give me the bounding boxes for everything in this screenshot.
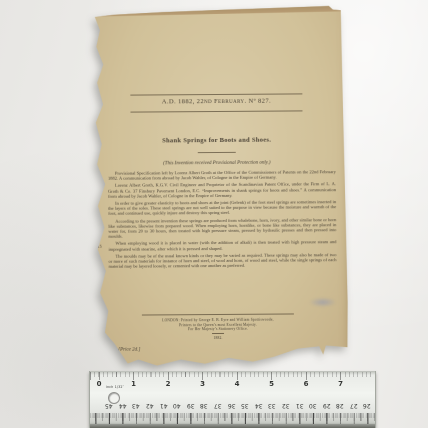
cm-number: 37 bbox=[211, 402, 225, 409]
imprint-dash bbox=[212, 333, 224, 334]
paragraph: Lorenz Albert Groth, K.G.V. Civil Engine… bbox=[108, 182, 336, 199]
ruler-unit-label: inch 1/32″ bbox=[106, 385, 124, 389]
paragraph: The moulds may be of the usual known kin… bbox=[108, 252, 336, 269]
inch-number: 2 bbox=[151, 380, 186, 388]
inch-number: 4 bbox=[220, 380, 255, 388]
imprint-line-3: For Her Majesty’s Stationery Office. bbox=[85, 326, 351, 332]
paragraph: In order to give greater elasticity to b… bbox=[108, 199, 336, 216]
inch-number: 6 bbox=[289, 380, 324, 388]
ruler-bottom-edge bbox=[90, 424, 375, 428]
cm-number: 34 bbox=[252, 402, 266, 409]
inch-number: 3 bbox=[185, 380, 220, 388]
paragraph: Provisional Specification left by Lorenz… bbox=[108, 169, 336, 181]
line-number: 15 bbox=[97, 244, 101, 249]
body-paragraphs: Provisional Specification left by Lorenz… bbox=[108, 169, 337, 271]
cm-number: 27 bbox=[347, 402, 361, 409]
title-rule bbox=[198, 152, 236, 153]
protection-note: (This Invention received Provisional Pro… bbox=[84, 160, 350, 167]
cm-number: 36 bbox=[225, 402, 239, 409]
line-number: 5 bbox=[97, 193, 99, 198]
cm-number: 30 bbox=[306, 402, 320, 409]
cm-number: 38 bbox=[197, 402, 211, 409]
cm-number: 44 bbox=[116, 402, 130, 409]
line-number: 10 bbox=[97, 217, 101, 222]
cm-number: 39 bbox=[184, 402, 198, 409]
ruler-cm-numbers: 4544434241403938373635343332313029282726 bbox=[102, 402, 374, 409]
inch-number: 5 bbox=[254, 380, 289, 388]
cm-number: 43 bbox=[129, 402, 143, 409]
cm-number: 41 bbox=[157, 402, 171, 409]
cm-number: 45 bbox=[102, 402, 116, 409]
ruler-inch-major-ticks bbox=[90, 372, 375, 380]
torn-document-page: A.D. 1882, 22nd February. Nº 827. Shank … bbox=[83, 5, 352, 369]
document-header: A.D. 1882, 22nd February. Nº 827. bbox=[83, 97, 349, 106]
cm-number: 29 bbox=[320, 402, 334, 409]
imprint-year: 1882. bbox=[85, 335, 351, 341]
cm-number: 35 bbox=[238, 402, 252, 409]
printer-imprint: LONDON: Printed by George E. B. Eyre and… bbox=[85, 317, 351, 341]
cm-number: 32 bbox=[279, 402, 293, 409]
price-label: [Price 2d.] bbox=[118, 348, 140, 353]
paper-sheet: A.D. 1882, 22nd February. Nº 827. Shank … bbox=[83, 5, 352, 369]
line-number: 25 bbox=[98, 296, 102, 301]
inch-number: 7 bbox=[323, 380, 358, 388]
line-number: 20 bbox=[98, 273, 102, 278]
cm-number: 31 bbox=[293, 402, 307, 409]
paragraph: According to the present invention these… bbox=[108, 217, 336, 239]
paragraph: When employing wood it is placed in wate… bbox=[108, 240, 336, 252]
measuring-ruler: 01234567 inch 1/32″ 45444342414039383736… bbox=[89, 371, 376, 428]
cm-number: 33 bbox=[265, 402, 279, 409]
margin-line-numbers: 510152025 bbox=[83, 5, 349, 7]
cm-number: 42 bbox=[143, 402, 157, 409]
header-rule-bottom bbox=[130, 110, 302, 112]
printed-content: A.D. 1882, 22nd February. Nº 827. Shank … bbox=[83, 5, 352, 369]
imprint-rule bbox=[142, 313, 294, 315]
cm-number: 26 bbox=[360, 402, 374, 409]
document-title: Shank Springs for Boots and Shoes. bbox=[84, 136, 350, 145]
ruler-cm-ticks bbox=[90, 413, 375, 424]
cm-number: 28 bbox=[333, 402, 347, 409]
header-rule-top bbox=[130, 93, 302, 95]
cm-number: 40 bbox=[170, 402, 184, 409]
